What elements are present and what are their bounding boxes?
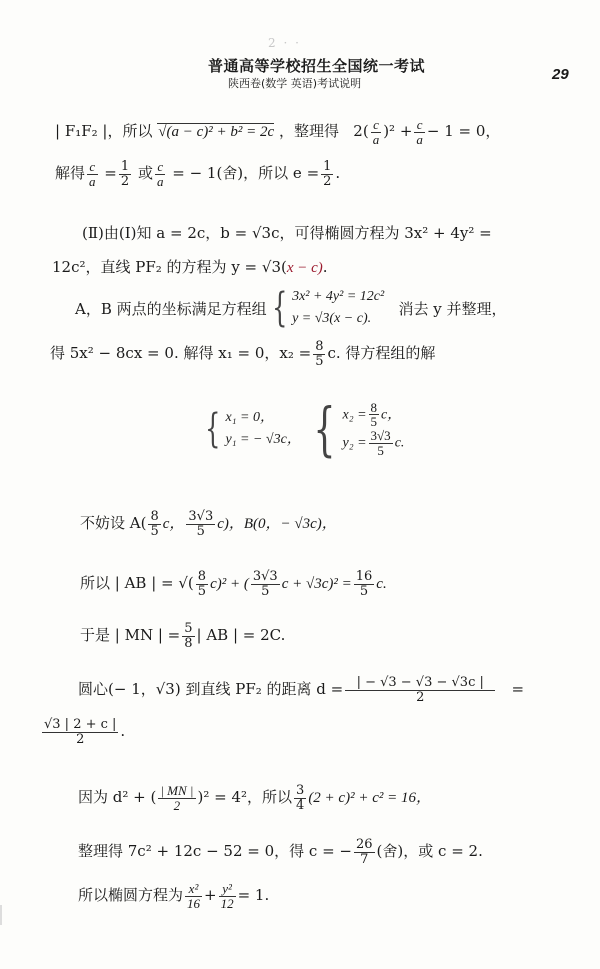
solution-line-3: (Ⅱ)由(Ⅰ)知 a = 2c，b = √3c，可得椭圆方程为 3x² + 4y… (82, 222, 492, 243)
fraction: 85 (148, 510, 160, 538)
text: c. (376, 576, 386, 592)
text: 于是 | MN | = (80, 626, 180, 644)
solution-line-4: 12c²，直线 PF₂ 的方程为 y = √3(x − c). (52, 256, 328, 277)
solution-line-2: 解得ca =12 或ca = − 1(舍)，所以 e =12. (55, 160, 340, 188)
solution-line-6: 得 5x² − 8cx = 0. 解得 x₁ = 0，x₂ =85c. 得方程组… (50, 340, 435, 368)
text: c. 得方程组的解 (327, 344, 435, 362)
fraction: 58 (182, 622, 194, 650)
fraction: 12 (119, 160, 131, 188)
left-brace: { (313, 400, 335, 458)
text: A，B 两点的坐标满足方程组 (75, 300, 267, 318)
text: c + √3c)² = (282, 576, 352, 592)
equation-system: 3x² + 4y² = 12c²y = √3(x − c). (292, 286, 384, 331)
text: )² + (383, 122, 412, 140)
text: c)² + ( (210, 576, 249, 592)
solution-line-8: 所以 | AB | = √(85c)² + (3√35c + √3c)² =16… (80, 570, 387, 598)
text: = (512, 680, 525, 698)
text: | AB | = 2C. (197, 626, 286, 644)
solution-line-9: 于是 | MN | =58| AB | = 2C. (80, 622, 285, 650)
text: 12c²，直线 PF₂ 的方程为 y = √3( (52, 258, 287, 276)
solution-line-5: A，B 两点的坐标满足方程组{3x² + 4y² = 12c²y = √3(x … (75, 286, 507, 331)
solution-line-11: √3 | 2 + c |2. (40, 718, 125, 746)
fraction: ca (371, 118, 382, 146)
fraction: ca (155, 160, 166, 188)
formula: √(a − c)² + b² = 2c (157, 123, 274, 140)
left-brace: { (272, 288, 287, 328)
text: )² = 4²，所以 (198, 788, 293, 806)
text: 整理得 7c² + 12c − 52 = 0，得 c = − (78, 842, 352, 860)
page-number: 29 (552, 66, 569, 83)
solution-line-13: 整理得 7c² + 12c − 52 = 0，得 c = −267(舍)，或 c… (78, 838, 483, 866)
header-title: 普通高等学校招生全国统一考试 (208, 55, 425, 76)
fraction: 3√35 (186, 510, 215, 538)
solution-line-10: 圆心(− 1，√3) 到直线 PF₂ 的距离 d =| − √3 − √3 − … (78, 676, 524, 704)
solution-line-14: 所以椭圆方程为x²16+y²12= 1. (78, 882, 269, 910)
text: 所以 | AB | = √( (80, 574, 194, 592)
text: 不妨设 A( (80, 514, 146, 532)
text: . (323, 258, 328, 276)
left-brace: { (205, 409, 220, 449)
header-subtitle: 陕西卷(数学 英语)考试说明 (228, 75, 361, 91)
text: (舍)，或 c = 2. (377, 842, 483, 860)
solution-line-1: | F₁F₂ |，所以 √(a − c)² + b² = 2c ，整理得 2(c… (55, 118, 500, 146)
fraction: 85 (196, 570, 208, 598)
text: c， (163, 516, 185, 532)
text: = − 1(舍)，所以 e = (172, 164, 319, 182)
text: = 1. (238, 886, 270, 904)
text: 所以椭圆方程为 (78, 886, 183, 904)
text: 因为 d² + ( (78, 788, 156, 806)
text: 消去 y 并整理， (399, 300, 507, 318)
text: − 1 = 0， (427, 122, 501, 140)
solution-set: {x₁ = 0，y₁ = − √3c， { x₂ =85c， y₂ =3√35c… (200, 400, 404, 458)
fraction: ca (414, 118, 425, 146)
fraction: 165 (354, 570, 375, 598)
header-faded-mark: 2 · · (268, 36, 301, 50)
text: 或 (138, 164, 153, 182)
solution-1: x₁ = 0，y₁ = − √3c， (225, 407, 300, 452)
text: (2 + c)² + c² = 16， (308, 790, 431, 806)
text: = (104, 164, 117, 182)
text: 2( (353, 122, 368, 140)
fraction: | − √3 − √3 − √3c |2 (345, 676, 495, 704)
fraction: y²12 (219, 882, 236, 910)
text: 得 5x² − 8cx = 0. 解得 x₁ = 0，x₂ = (50, 344, 311, 362)
solution-2: x₂ =85c， y₂ =3√35c. (343, 401, 405, 458)
fraction: √3 | 2 + c |2 (42, 718, 118, 746)
text: . (120, 722, 125, 740)
text: ，整理得 (279, 122, 339, 140)
scan-edge-mark (0, 905, 2, 925)
annotated-text: x − c) (287, 260, 323, 276)
text: + (204, 886, 217, 904)
text: c)，B(0，− √3c)， (217, 516, 337, 532)
fraction: 85 (313, 340, 325, 368)
fraction: | MN |2 (158, 784, 195, 812)
fraction: 3√35 (251, 570, 280, 598)
fraction: 267 (354, 838, 375, 866)
solution-line-7: 不妨设 A(85c，3√35c)，B(0，− √3c)， (80, 510, 337, 538)
text: 解得 (55, 164, 85, 182)
solution-line-12: 因为 d² + (| MN |2)² = 4²，所以34(2 + c)² + c… (78, 784, 431, 812)
fraction: x²16 (185, 882, 202, 910)
text: 圆心(− 1，√3) 到直线 PF₂ 的距离 d = (78, 680, 343, 698)
fraction: 34 (294, 784, 306, 812)
text: | F₁F₂ |，所以 (55, 122, 153, 140)
fraction: ca (87, 160, 98, 188)
text: . (335, 164, 340, 182)
fraction: 12 (321, 160, 333, 188)
